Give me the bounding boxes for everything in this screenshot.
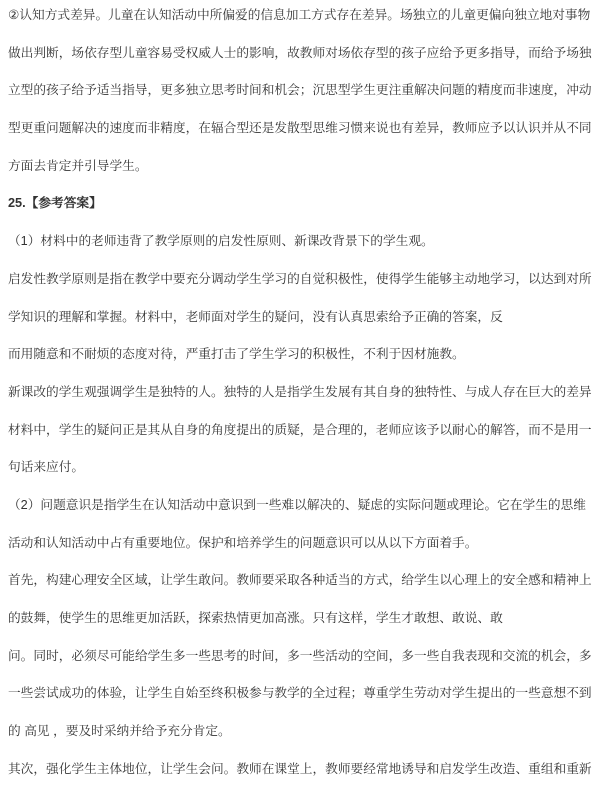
text-line: （2）问题意识是指学生在认知活动中意识到一些难以解决的、疑虑的实际问题或理论。它… bbox=[8, 487, 592, 525]
text-line: 材料中，学生的疑问正是其从自身的角度提出的质疑，是合理的，老师应该予以耐心的解答… bbox=[8, 412, 592, 450]
paragraph-answer-heading: 25.【参考答案】 bbox=[8, 185, 592, 223]
paragraph-part2-second-point: 其次，强化学生主体地位，让学生会问。教师在课堂上，教师要经常地诱导和启发学生改造… bbox=[8, 751, 592, 786]
text-line: 而用随意和不耐烦的态度对待，严重打击了学生学习的积极性，不利于因材施教。 bbox=[8, 336, 592, 374]
text-line: （1）材料中的老师违背了教学原则的启发性原则、新课改背景下的学生观。 bbox=[8, 223, 592, 261]
text-line: 新课改的学生观强调学生是独特的人。独特的人是指学生发展有其自身的独特性、与成人存… bbox=[8, 374, 592, 412]
text-line: 一些尝试成功的体验，让学生自始至终积极参与教学的全过程；尊重学生劳动对学生提出的… bbox=[8, 675, 592, 713]
text-line: 学知识的理解和掌握。材料中，老师面对学生的疑问，没有认真思索给予正确的答案，反 bbox=[8, 299, 592, 337]
text-line: 做出判断，场依存型儿童容易受权威人士的影响，故教师对场依存型的孩子应给予更多指导… bbox=[8, 35, 592, 73]
paragraph-part1-conclusion: （1）材料中的老师违背了教学原则的启发性原则、新课改背景下的学生观。 bbox=[8, 223, 592, 261]
text-line: 方面去肯定并引导学生。 bbox=[8, 148, 592, 186]
text-line: 型更重问题解决的速度而非精度，在辐合型还是发散型思维习惯来说也有差异，教师应予以… bbox=[8, 110, 592, 148]
text-line: 的 高见 ，要及时采纳并给予充分肯定。 bbox=[8, 713, 592, 751]
paragraph-part2-first-point: 首先，构建心理安全区域，让学生敢问。教师要采取各种适当的方式，给学生以心理上的安… bbox=[8, 562, 592, 750]
text-line: 活动和认知活动中占有重要地位。保护和培养学生的问题意识可以从以下方面着手。 bbox=[8, 525, 592, 563]
text-line: 问。同时，必须尽可能给学生多一些思考的时间，多一些活动的空间，多一些自我表现和交… bbox=[8, 638, 592, 676]
paragraph-cognitive-style-differences: ②认知方式差异。儿童在认知活动中所偏爱的信息加工方式存在差异。场独立的儿童更偏向… bbox=[8, 0, 592, 185]
text-line: 句话来应付。 bbox=[8, 449, 592, 487]
text-line: 立型的孩子给予适当指导，更多独立思考时间和机会；沉思型学生更注重解决问题的精度而… bbox=[8, 72, 592, 110]
paragraph-part1-heuristic-principle: 启发性教学原则是指在教学中要充分调动学生学习的自觉积极性，使得学生能够主动地学习… bbox=[8, 261, 592, 374]
document-page: ②认知方式差异。儿童在认知活动中所偏爱的信息加工方式存在差异。场独立的儿童更偏向… bbox=[0, 0, 600, 786]
text-line: ②认知方式差异。儿童在认知活动中所偏爱的信息加工方式存在差异。场独立的儿童更偏向… bbox=[8, 0, 592, 35]
answer-heading: 25.【参考答案】 bbox=[8, 185, 592, 223]
text-line: 首先，构建心理安全区域，让学生敢问。教师要采取各种适当的方式，给学生以心理上的安… bbox=[8, 562, 592, 600]
text-line: 启发性教学原则是指在教学中要充分调动学生学习的自觉积极性，使得学生能够主动地学习… bbox=[8, 261, 592, 299]
paragraph-part1-student-view: 新课改的学生观强调学生是独特的人。独特的人是指学生发展有其自身的独特性、与成人存… bbox=[8, 374, 592, 487]
paragraph-part2-problem-awareness-definition: （2）问题意识是指学生在认知活动中意识到一些难以解决的、疑虑的实际问题或理论。它… bbox=[8, 487, 592, 562]
text-line: 的鼓舞，使学生的思维更加活跃，探索热情更加高涨。只有这样，学生才敢想、敢说、敢 bbox=[8, 600, 592, 638]
text-line: 其次，强化学生主体地位，让学生会问。教师在课堂上，教师要经常地诱导和启发学生改造… bbox=[8, 751, 592, 786]
